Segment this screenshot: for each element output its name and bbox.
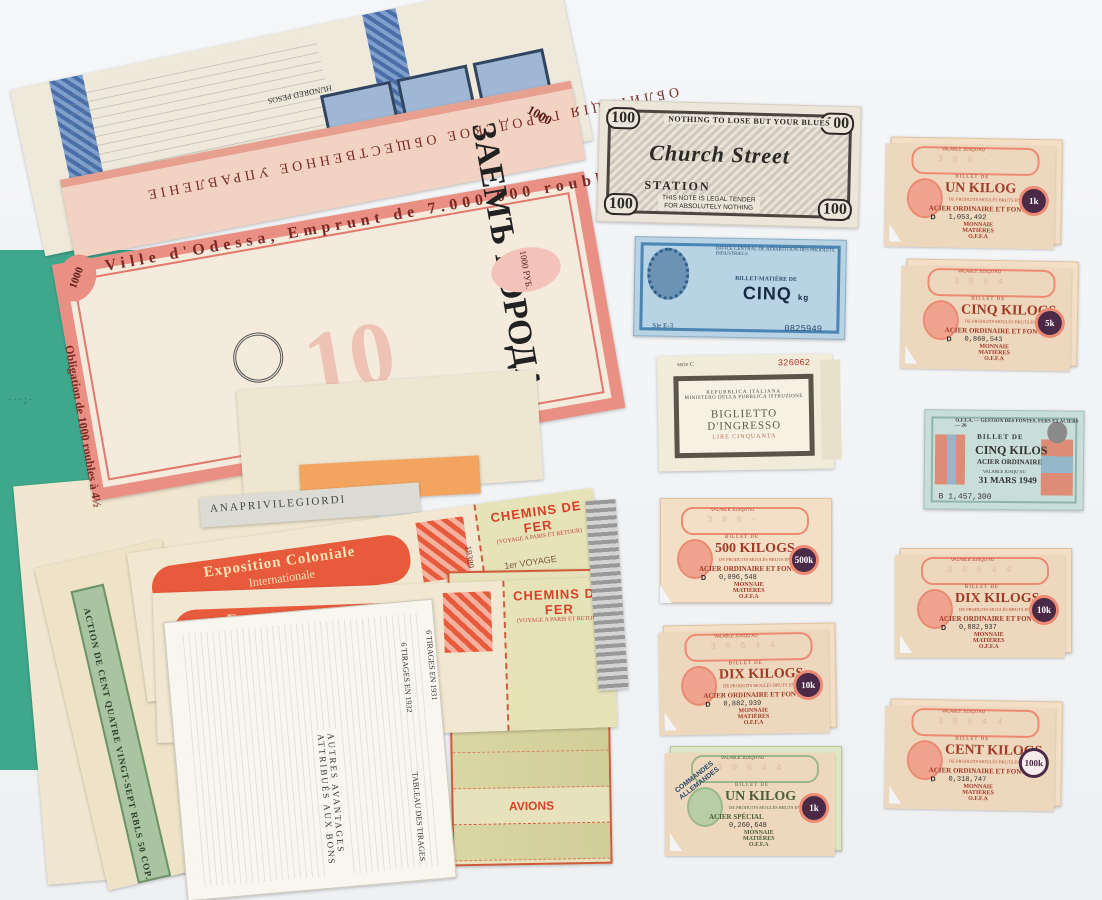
series: B bbox=[939, 492, 944, 501]
amount-text: CINQ bbox=[743, 283, 792, 304]
ticket-amount: UN KILOG bbox=[945, 180, 1016, 197]
number: 1,457,300 bbox=[948, 493, 991, 502]
ticket-material: ACIER SPÉCIAL bbox=[709, 813, 764, 821]
ticket-series: D bbox=[946, 336, 951, 343]
offa-ticket-un-kilog-special: VALABLE JUSQU'AU3 0 6 4 4BILLET DEUN KIL… bbox=[670, 746, 842, 851]
offa-ticket-dix-kilogs-right: VALABLE JUSQU'AU3 0 6 4 4BILLET DEDIX KI… bbox=[900, 548, 1072, 653]
ornament-icon bbox=[443, 591, 493, 653]
strip-row: AVIONS bbox=[453, 787, 610, 826]
perforation: 3 0 6 4 4 bbox=[710, 641, 777, 652]
valid-label: VALABLE JUSQU'AU bbox=[958, 268, 1001, 274]
note-number: 0825949 bbox=[784, 324, 822, 335]
church-street-note: 100 100 100 100 NOTHING TO LOSE BUT YOUR… bbox=[596, 100, 861, 229]
clipped-corner bbox=[889, 223, 901, 241]
ticket-amount: 500 KILOGS bbox=[715, 541, 795, 557]
billet-label: BILLET DE bbox=[965, 585, 999, 590]
clipped-corner bbox=[905, 345, 917, 363]
valid-label: VALABLE JUSQU'AU bbox=[714, 633, 757, 639]
note-amount: CINQ kg bbox=[743, 283, 810, 305]
ticket-series: D bbox=[930, 214, 935, 221]
denomination: 100 bbox=[604, 193, 639, 216]
voyage-label: 1er VOYAGE bbox=[504, 554, 558, 571]
mercury-head-icon bbox=[677, 539, 713, 579]
ticket-stack bbox=[820, 359, 842, 459]
note-subtitle: BILLET-MATIÈRE DE bbox=[735, 276, 797, 283]
ticket-series: D bbox=[941, 625, 946, 632]
perforation: 3 0 6 · bbox=[937, 154, 989, 165]
product-label: DE PRODUITS MOULÉS BRUTS EN bbox=[729, 805, 801, 810]
denomination: 100 bbox=[818, 198, 853, 221]
issuer-line: O.F.F.A bbox=[973, 644, 1005, 650]
unit-text: kg bbox=[798, 293, 809, 302]
product-label: DE PRODUITS MOULÉS BRUTS EN bbox=[719, 557, 791, 562]
valid-label: VALABLE JUSQU'AU bbox=[721, 755, 764, 760]
ticket-amount: UN KILOG bbox=[725, 789, 796, 805]
product-label: DE PRODUITS MOULÉS BRUTS EN bbox=[949, 759, 1021, 765]
perforation: 3 0 6 4 4 bbox=[937, 716, 1004, 727]
draw-table-sheet: AUTRES AVANTAGES ATTRIBUÉS AUX BONS 6 TI… bbox=[163, 599, 456, 900]
ticket-number: 0,096,548 bbox=[719, 574, 757, 582]
value-badge: 100k bbox=[1019, 748, 1050, 779]
folder-mark: ···;· bbox=[8, 395, 34, 406]
issuer-line: O.F.F.A bbox=[962, 796, 994, 803]
product-label: DE PRODUITS MOULÉS BRUTS EN bbox=[959, 607, 1031, 612]
issuer-line: O.F.F.A bbox=[978, 356, 1010, 363]
ticket-number: 0,882,937 bbox=[959, 624, 997, 632]
ministry-line: MINISTERO DELLA PUBBLICA ISTRUZIONE bbox=[679, 394, 809, 401]
ticket-material: ACIER ORDINAIRE ET FONTE bbox=[699, 565, 801, 573]
perforation: 3 0 6 4 4 bbox=[717, 763, 784, 773]
offa-cinq-kilos-ticket: O.F.F.A. — GESTION DES FONTES, FERS ET A… bbox=[924, 409, 1085, 510]
ticket-series: D bbox=[701, 575, 706, 582]
billet-label: BILLET DE bbox=[977, 433, 1023, 441]
value-badge: 5k bbox=[1035, 308, 1066, 339]
offa-ticket-dix-kilogs-left: VALABLE JUSQU'AU3 0 6 4 4BILLET DEDIX KI… bbox=[663, 623, 837, 731]
ticket-series: D bbox=[705, 702, 710, 709]
issuer-line: O.F.F.A bbox=[743, 842, 775, 848]
ticket-title: BIGLIETTO D'INGRESSO bbox=[679, 407, 809, 433]
ticket-material: ACIER ORDINAIRE ET FONTE bbox=[929, 204, 1031, 214]
perforation: 3 0 6 4 bbox=[953, 276, 1005, 287]
note-series: Sie E-3 bbox=[652, 321, 673, 329]
issuer-block: MONNAIEMATIÈRESO.F.F.A bbox=[738, 708, 770, 727]
value-badge: 1k bbox=[1019, 186, 1050, 217]
clipped-corner bbox=[900, 635, 912, 653]
plane-image bbox=[454, 823, 611, 862]
mercury-head-icon bbox=[681, 666, 718, 707]
billet-label: BILLET DE bbox=[729, 661, 763, 667]
ticket-material: ACIER ORDINAIRE bbox=[977, 458, 1042, 467]
product-label: DE PRODUITS MOULÉS BRUTS EN bbox=[723, 682, 795, 688]
ticket-material: ACIER ORDINAIRE ET FONTE bbox=[939, 615, 1041, 623]
offa-ticket-500-kilogs: VALABLE JUSQU'AU3 0 6 ·BILLET DE500 KILO… bbox=[660, 498, 832, 603]
clipped-corner bbox=[670, 833, 682, 851]
value-badge: 1k bbox=[799, 793, 829, 823]
valid-date: 31 MARS 1949 bbox=[979, 475, 1037, 486]
ship-image bbox=[453, 751, 610, 790]
billet-label: BILLET DE bbox=[955, 175, 989, 181]
valid-label: VALABLE JUSQU'AU bbox=[983, 469, 1026, 474]
valid-label: VALABLE JUSQU'AU bbox=[711, 507, 754, 512]
billet-label: BILLET DE bbox=[725, 535, 759, 540]
ticket-amount: CINQ KILOS bbox=[975, 443, 1047, 459]
issuer-line: O.F.F.A bbox=[738, 720, 770, 727]
billet-label: BILLET DE bbox=[971, 297, 1005, 303]
ticket-material: ACIER ORDINAIRE ET FONTE bbox=[929, 766, 1031, 776]
issuer-line: O.F.F.A bbox=[733, 594, 765, 600]
note-footer: THIS NOTE IS LEGAL TENDER FOR ABSOLUTELY… bbox=[658, 194, 760, 213]
mercury-head-icon bbox=[917, 589, 953, 629]
product-label: DE PRODUITS MOULÉS BRUTS EN bbox=[949, 197, 1021, 203]
perforation: 3 0 6 4 4 bbox=[947, 565, 1014, 575]
offa-ticket-cinq-kilogs: VALABLE JUSQU'AU3 0 6 4BILLET DECINQ KIL… bbox=[905, 259, 1079, 367]
perforation: 3 0 6 · bbox=[707, 515, 759, 525]
note-station: STATION bbox=[644, 178, 711, 195]
billet-matiere-note: OFFICE CENTRAL DE RÉPARTITION DES PRODUI… bbox=[633, 236, 847, 340]
biglietto-ingresso: serie C 326062 REPUBBLICA ITALIANA MINIS… bbox=[657, 353, 834, 471]
billet-label: BILLET DE bbox=[735, 783, 769, 788]
ticket-value: LIRE CINQUANTA bbox=[679, 433, 809, 441]
ticket-header: O.F.F.A. — GESTION DES FONTES, FERS ET A… bbox=[955, 419, 1083, 430]
issuer-block: MONNAIEMATIÈRESO.F.F.A bbox=[978, 344, 1010, 363]
valid-label: VALABLE JUSQU'AU bbox=[951, 557, 994, 562]
value-badge: 10k bbox=[793, 670, 824, 701]
issuer-block: MONNAIEMATIÈRESO.F.F.A bbox=[743, 830, 775, 848]
note-name: Church Street bbox=[649, 140, 790, 170]
clipped-corner bbox=[665, 712, 677, 730]
offa-ticket-un-kilog: VALABLE JUSQU'AU3 0 6 ·BILLET DEUN KILOG… bbox=[889, 137, 1063, 245]
ticket-number: 0,260,648 bbox=[729, 822, 767, 830]
ticket-series: serie C bbox=[677, 362, 694, 368]
clipped-corner bbox=[889, 785, 901, 803]
billet-label: BILLET DE bbox=[955, 737, 989, 743]
product-label: DE PRODUITS MOULÉS BRUTS EN bbox=[965, 319, 1037, 325]
issuer-block: MONNAIEMATIÈRESO.F.F.A bbox=[962, 222, 994, 241]
ticket-number: 19389 bbox=[463, 545, 476, 569]
ticket-number: 326062 bbox=[778, 358, 811, 369]
ticket-material: ACIER ORDINAIRE ET FONTE bbox=[703, 690, 805, 700]
ticket-amount: DIX KILOGS bbox=[955, 591, 1039, 607]
issuer-block: MONNAIEMATIÈRESO.F.F.A bbox=[962, 784, 994, 803]
value-badge: 500k bbox=[789, 545, 819, 575]
valid-label: VALABLE JUSQU'AU bbox=[942, 146, 985, 152]
ticket-amount: DIX KILOGS bbox=[719, 666, 804, 683]
valid-label: VALABLE JUSQU'AU bbox=[942, 708, 985, 714]
issuer-line: O.F.F.A bbox=[962, 234, 994, 241]
ticket-frame: REPUBBLICA ITALIANA MINISTERO DELLA PUBB… bbox=[673, 374, 814, 458]
ticket-number: B 1,457,300 bbox=[939, 492, 992, 501]
denomination: 100 bbox=[606, 107, 641, 130]
value-badge: 10k bbox=[1029, 595, 1059, 625]
factory-illustration bbox=[935, 434, 965, 484]
offa-ticket-cent-kilogs: VALABLE JUSQU'AU3 0 6 4 4BILLET DECENT K… bbox=[889, 699, 1063, 807]
clipped-corner bbox=[660, 585, 672, 603]
photo-scene: ···;· CENT PIASTRES HUNDRED PESOS EL 1º … bbox=[0, 0, 1102, 900]
ticket-material: ACIER ORDINAIRE ET FONTE bbox=[945, 326, 1047, 336]
issuer-block: MONNAIEMATIÈRESO.F.F.A bbox=[733, 582, 765, 600]
ticket-series: D bbox=[930, 776, 935, 783]
issuer-block: MONNAIEMATIÈRESO.F.F.A bbox=[973, 632, 1005, 650]
